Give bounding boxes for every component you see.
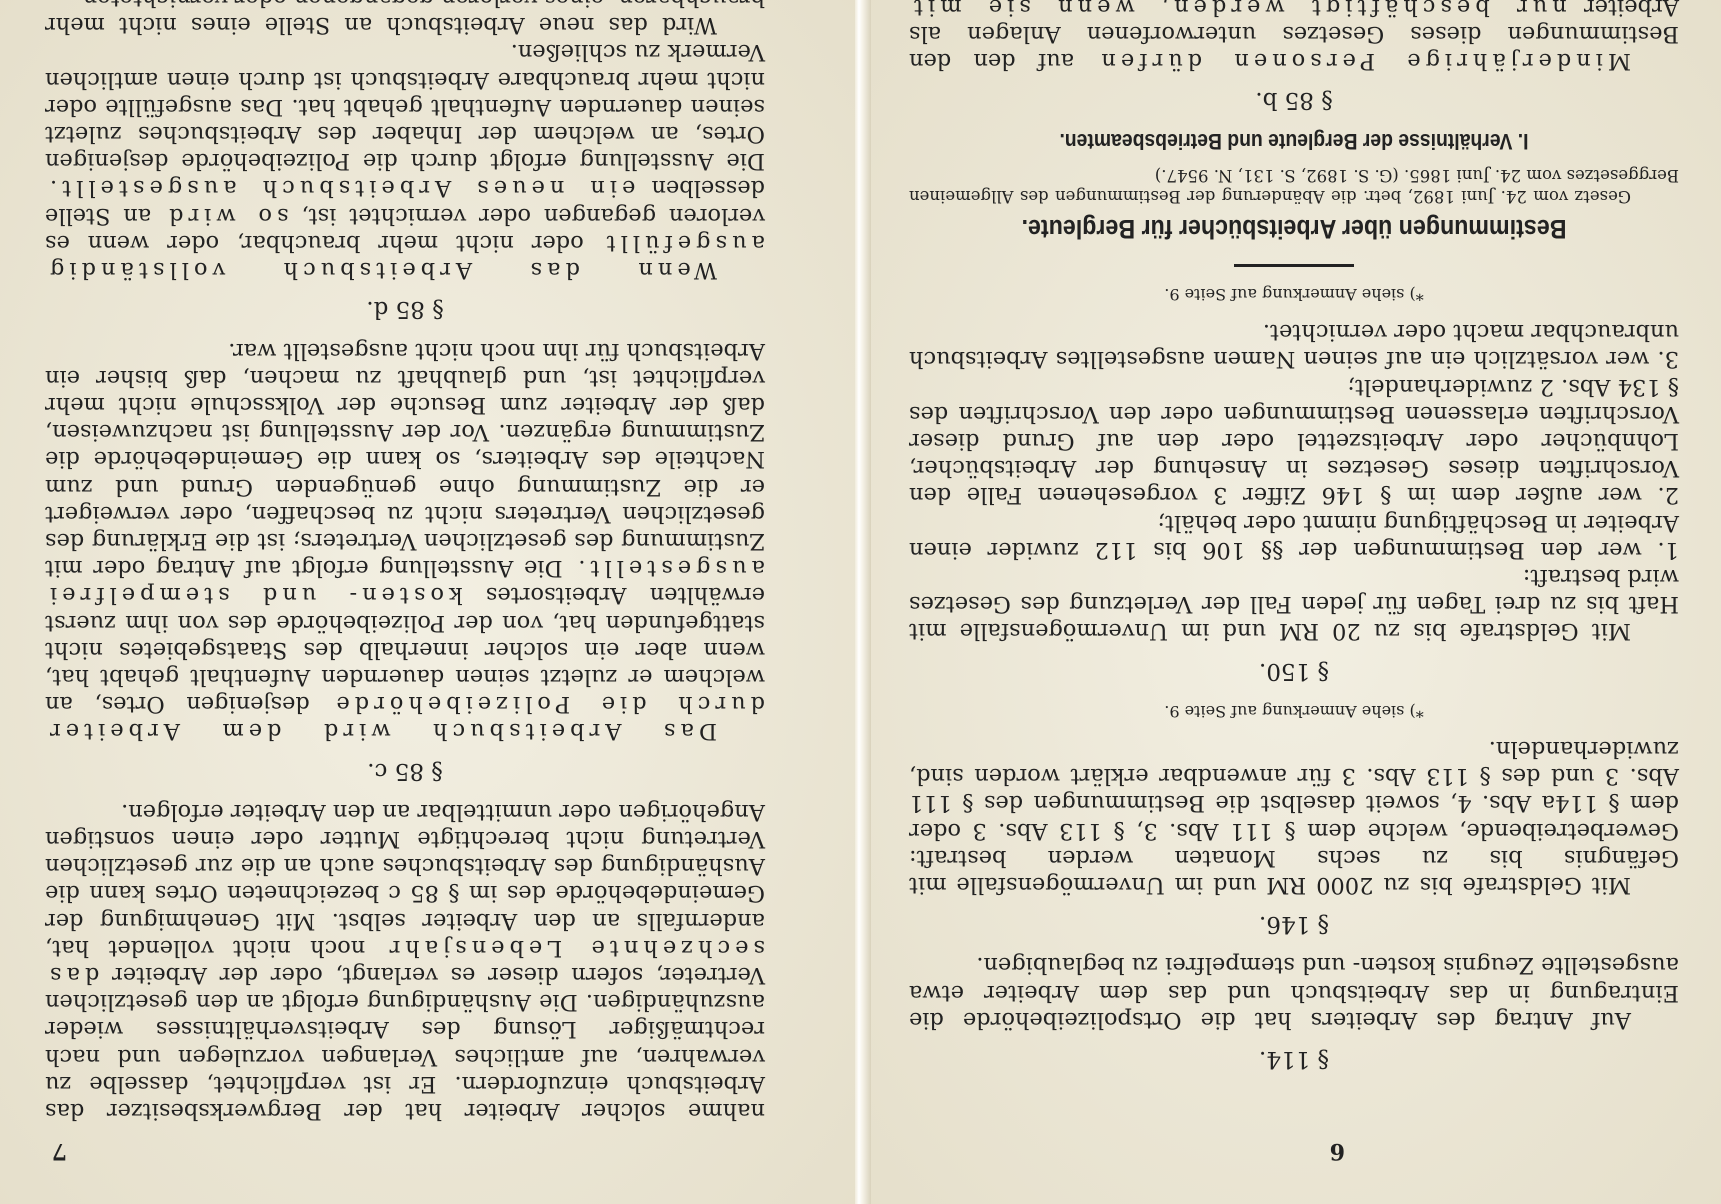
page-number: 7 (52, 1138, 67, 1164)
paragraph: Wird das neue Arbeitsbuch an Stelle eine… (45, 0, 765, 38)
paragraph: nahme solcher Arbeiter hat der Bergwerks… (45, 798, 765, 1124)
section-heading-146: § 146. (909, 910, 1679, 937)
paragraph: Auf Antrag des Arbeiters hat die Ortspol… (909, 951, 1679, 1033)
footnote: *) siehe Anmerkung auf Seite 9. (909, 281, 1679, 308)
paragraph: Minderjährige Personen dürfen auf den de… (909, 0, 1679, 74)
page-6: 6 § 114. Auf Antrag des Arbeiters hat di… (863, 0, 1721, 1204)
page-6-text: § 114. Auf Antrag des Arbeiters hat die … (909, 0, 1679, 1086)
document-title: Bestimmungen über Arbeitsbücher für Berg… (963, 215, 1625, 242)
footnote: *) siehe Anmerkung auf Seite 9. (909, 698, 1679, 725)
spaced-text: ein neues Arbeitsbuch ausgestellt. (45, 176, 635, 202)
divider-rule (1234, 264, 1354, 267)
chapter-subtitle: I. Verhältnisse der Bergleute und Betrie… (955, 127, 1633, 154)
list-item: 3. wer vorsätzlich ein auf seinen Namen … (909, 318, 1679, 372)
page-number: 6 (1330, 1138, 1345, 1164)
paragraph: Wenn das Arbeitsbuch vollständig ausgefü… (45, 38, 765, 283)
page-7: 7 nahme solcher Arbeiter hat der Bergwer… (0, 0, 855, 1204)
paragraph: Das Arbeitsbuch wird dem Arbeiter durch … (45, 336, 765, 744)
page-7-text: nahme solcher Arbeiter hat der Bergwerks… (45, 0, 765, 1124)
spaced-text: nur beschäftigt werden, wenn sie mit ein… (909, 0, 1679, 20)
section-heading-114: § 114. (909, 1045, 1679, 1072)
text: Die Ausstellung erfolgt durch die Polize… (45, 39, 765, 174)
text: nahme solcher Arbeiter hat der Bergwerks… (45, 962, 765, 1124)
paragraph: Mit Geldstrafe bis zu 2000 RM und im Unv… (909, 735, 1679, 898)
section-heading-85b: § 85 b. (909, 86, 1679, 113)
text: Die Ausstellung erfolgt auf Antrag oder … (45, 338, 765, 582)
book-spread: 6 § 114. Auf Antrag des Arbeiters hat di… (0, 0, 1721, 1204)
section-heading-85d: § 85 d. (45, 295, 765, 322)
list-item: 2. wer außer dem im § 146 Ziffer 3 vorge… (909, 372, 1679, 508)
list-item: 1. wer den Bestimmungen der §§ 106 bis 1… (909, 508, 1679, 562)
paragraph: Mit Geldstrafe bis zu 20 RM und im Unver… (909, 563, 1679, 645)
law-note: Gesetz vom 24. Juni 1892, betr. die Abän… (909, 165, 1679, 207)
spaced-text: so wird (164, 203, 289, 229)
section-heading-150: § 150. (909, 656, 1679, 683)
spaced-text: Minderjährige Personen dürfen (1096, 48, 1631, 74)
section-heading-85c: § 85 c. (45, 756, 765, 783)
